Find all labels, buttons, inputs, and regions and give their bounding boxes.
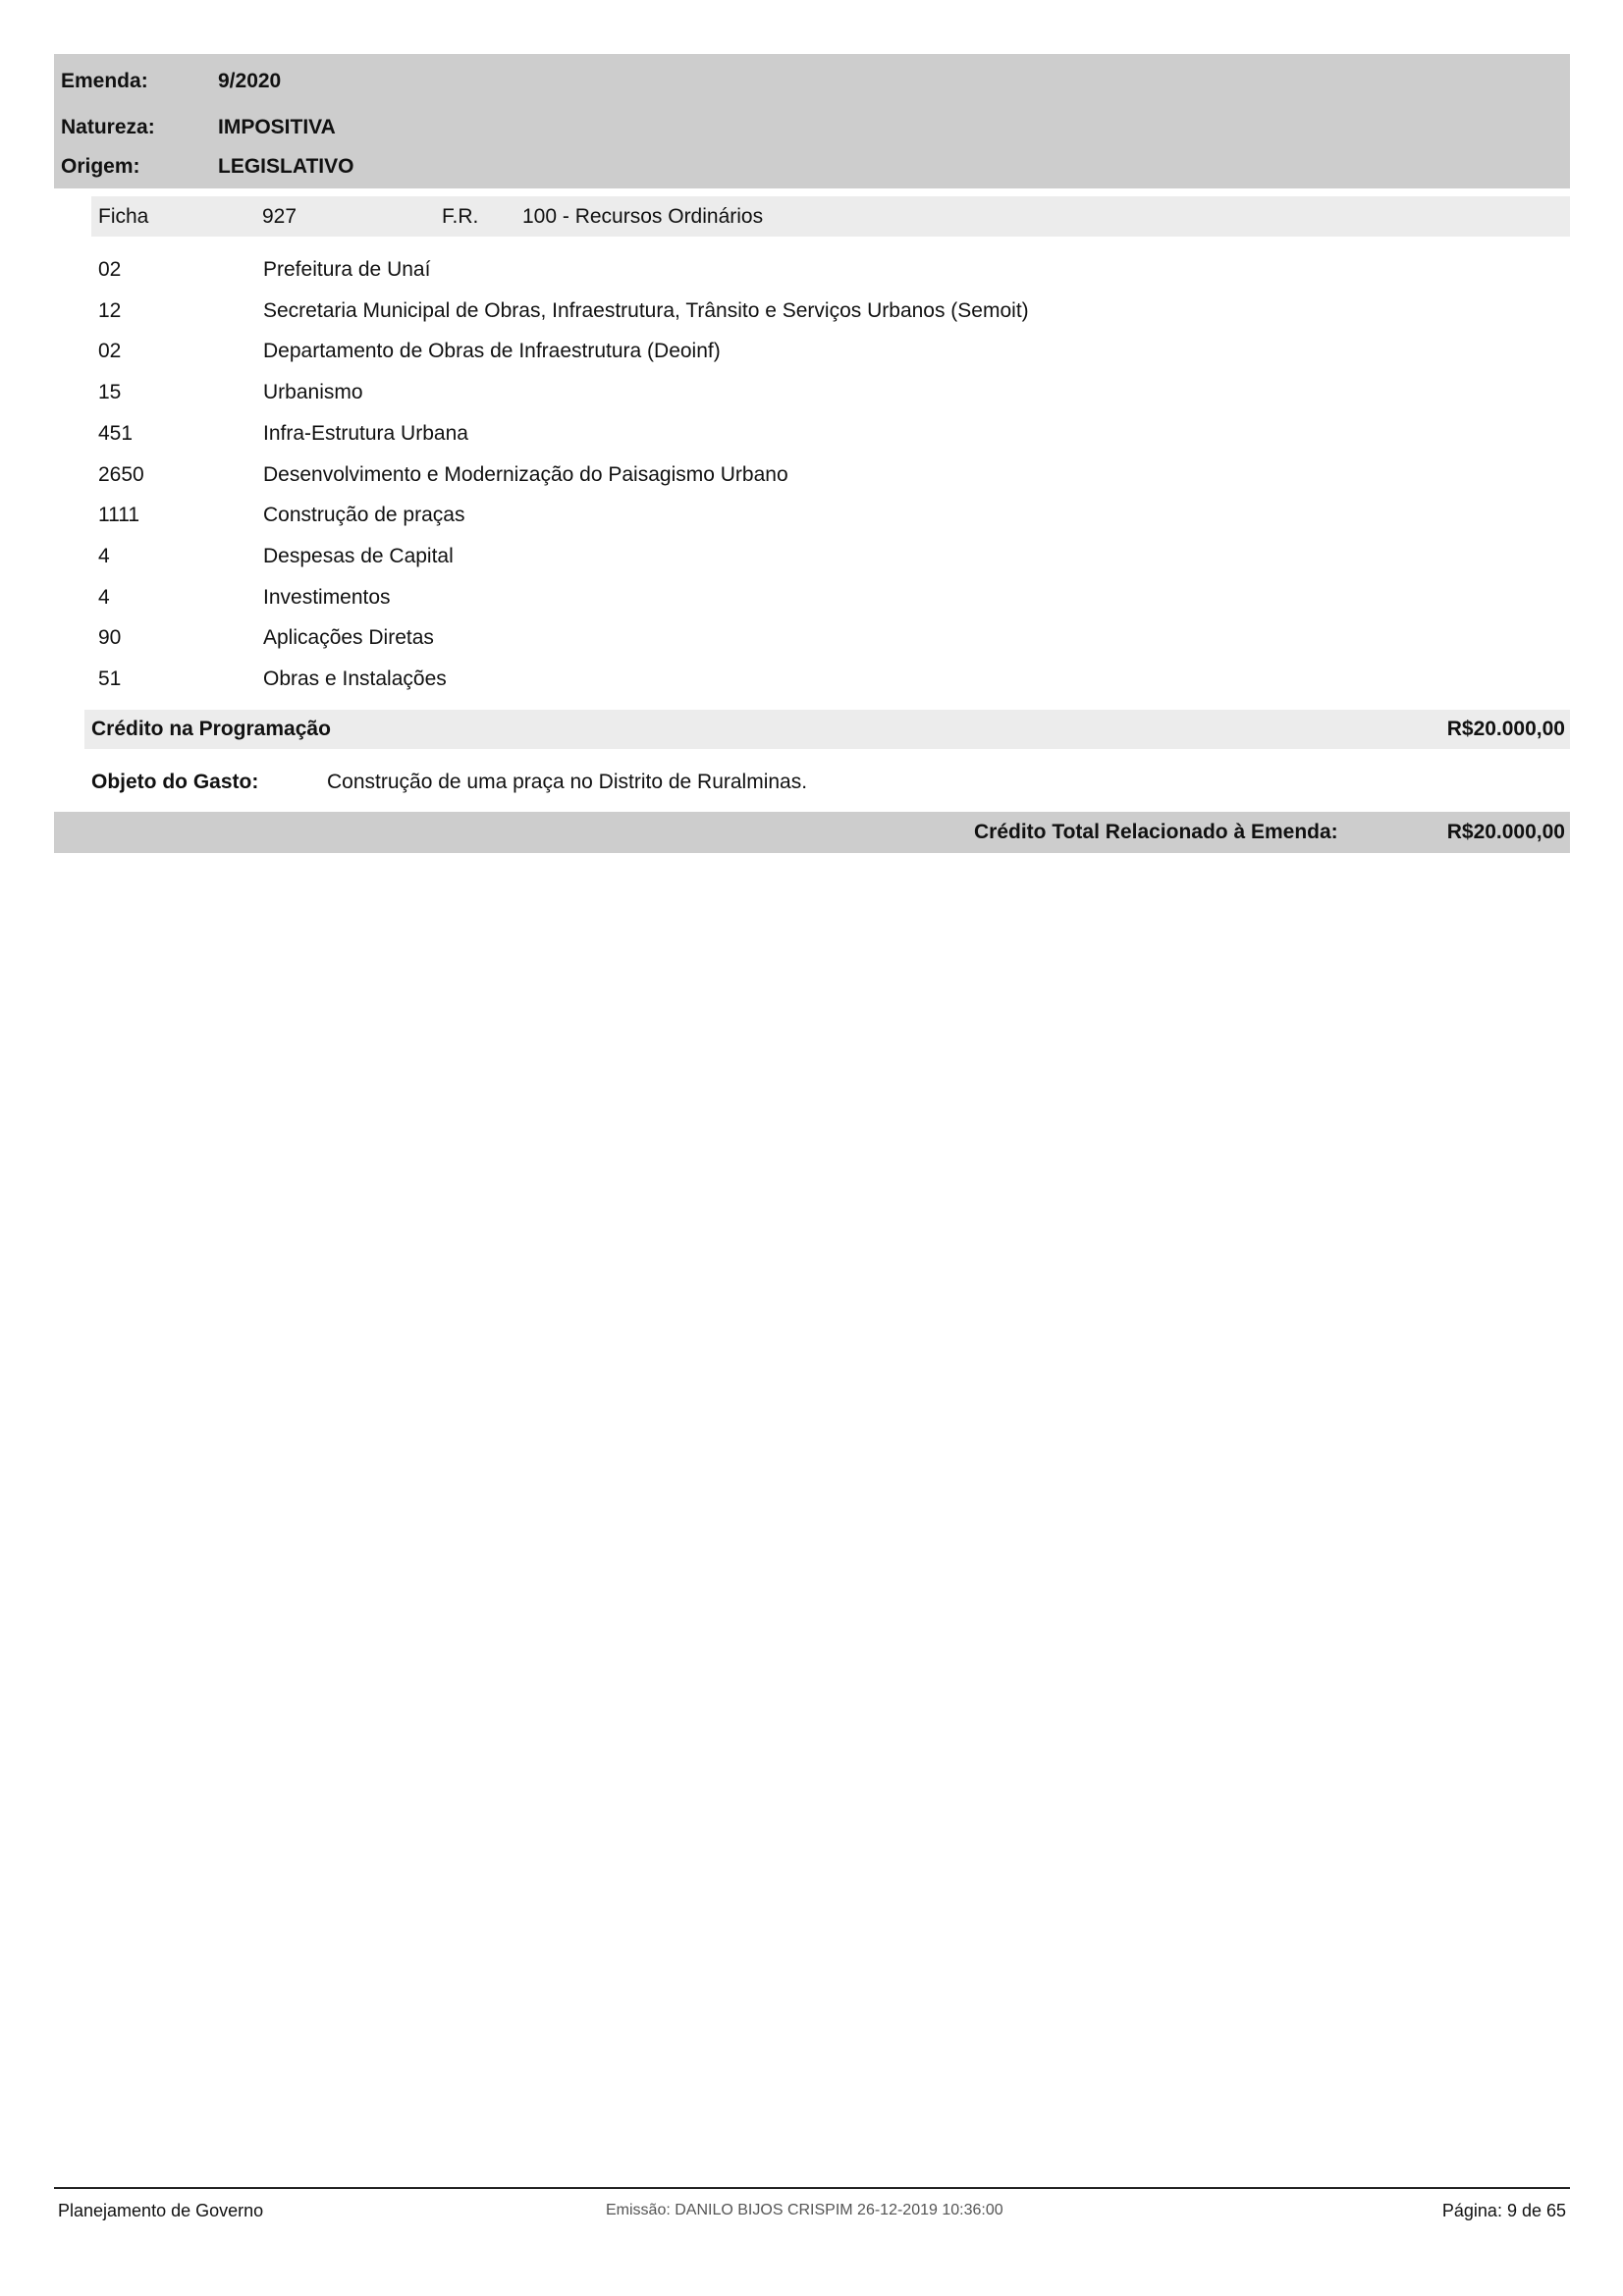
classification-row: 451Infra-Estrutura Urbana	[98, 422, 1473, 452]
credito-total-label: Crédito Total Relacionado à Emenda:	[974, 821, 1338, 844]
origem-value: LEGISLATIVO	[218, 155, 353, 179]
classification-row: 1111Construção de praças	[98, 504, 1473, 533]
classification-code: 15	[98, 381, 121, 404]
classification-row: 4Investimentos	[98, 586, 1473, 615]
classification-row: 2650Desenvolvimento e Modernização do Pa…	[98, 463, 1473, 493]
credito-programacao-row: Crédito na Programação R$20.000,00	[84, 710, 1570, 749]
classification-code: 4	[98, 586, 110, 610]
classification-description: Construção de praças	[263, 504, 464, 527]
classification-row: 15Urbanismo	[98, 381, 1473, 410]
classification-row: 4Despesas de Capital	[98, 545, 1473, 574]
ficha-label: Ficha	[98, 205, 148, 229]
credito-total-bar: Crédito Total Relacionado à Emenda: R$20…	[54, 812, 1570, 853]
classification-description: Desenvolvimento e Modernização do Paisag…	[263, 463, 788, 487]
classification-code: 02	[98, 340, 121, 363]
footer-department: Planejamento de Governo	[58, 2201, 263, 2220]
classification-code: 2650	[98, 463, 144, 487]
classification-description: Urbanismo	[263, 381, 363, 404]
classification-description: Investimentos	[263, 586, 391, 610]
classification-code: 4	[98, 545, 110, 568]
classification-code: 02	[98, 258, 121, 282]
credito-programacao-value: R$20.000,00	[1447, 718, 1565, 741]
emenda-value: 9/2020	[218, 70, 281, 93]
footer-emission: Emissão: DANILO BIJOS CRISPIM 26-12-2019…	[606, 2202, 1003, 2219]
classification-description: Despesas de Capital	[263, 545, 454, 568]
classification-description: Departamento de Obras de Infraestrutura …	[263, 340, 721, 363]
classification-description: Prefeitura de Unaí	[263, 258, 430, 282]
footer-page-number: Página: 9 de 65	[1442, 2201, 1566, 2220]
natureza-label: Natureza:	[61, 116, 155, 139]
emenda-label: Emenda:	[61, 70, 148, 93]
fonte-recurso-value: 100 - Recursos Ordinários	[522, 205, 763, 229]
classification-row: 12Secretaria Municipal de Obras, Infraes…	[98, 299, 1473, 329]
classification-code: 451	[98, 422, 133, 446]
classification-description: Infra-Estrutura Urbana	[263, 422, 468, 446]
footer-divider	[54, 2187, 1570, 2189]
objeto-gasto-label: Objeto do Gasto:	[91, 771, 258, 794]
fonte-recurso-label: F.R.	[442, 205, 478, 229]
classification-code: 12	[98, 299, 121, 323]
classification-code: 51	[98, 667, 121, 691]
ficha-row: Ficha 927 F.R. 100 - Recursos Ordinários	[91, 196, 1570, 237]
ficha-number: 927	[262, 205, 297, 229]
classification-description: Secretaria Municipal de Obras, Infraestr…	[263, 299, 1029, 323]
classification-code: 90	[98, 626, 121, 650]
classification-description: Aplicações Diretas	[263, 626, 434, 650]
objeto-gasto-value: Construção de uma praça no Distrito de R…	[327, 771, 807, 794]
classification-description: Obras e Instalações	[263, 667, 447, 691]
classification-row: 51Obras e Instalações	[98, 667, 1473, 697]
classification-row: 02Prefeitura de Unaí	[98, 258, 1473, 288]
origem-label: Origem:	[61, 155, 140, 179]
credito-total-value: R$20.000,00	[1447, 821, 1565, 844]
natureza-value: IMPOSITIVA	[218, 116, 336, 139]
credito-programacao-label: Crédito na Programação	[91, 718, 331, 741]
classification-code: 1111	[98, 504, 139, 527]
classification-row: 90Aplicações Diretas	[98, 626, 1473, 656]
classification-row: 02Departamento de Obras de Infraestrutur…	[98, 340, 1473, 369]
